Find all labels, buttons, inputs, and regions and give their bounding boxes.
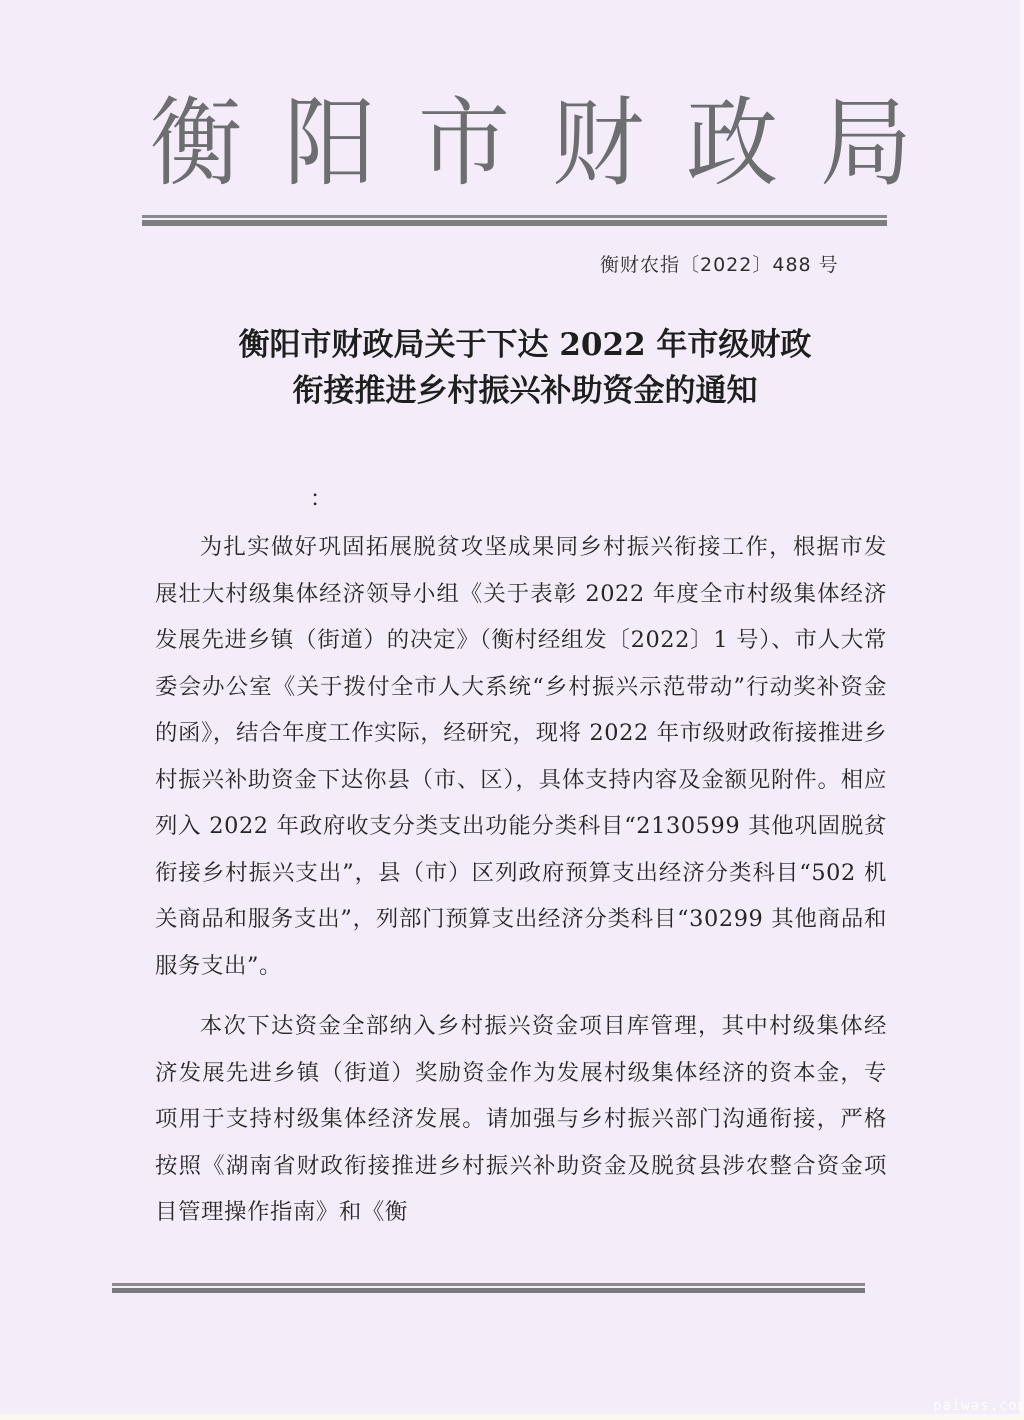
document-title: 衡阳市财政局关于下达 2022 年市级财政 衔接推进乡村振兴补助资金的通知 [150, 322, 900, 414]
masthead-divider [142, 215, 887, 218]
body-paragraph: 本次下达资金全部纳入乡村振兴资金项目库管理，其中村级集体经济发展先进乡镇（街道）… [155, 1003, 887, 1236]
body-paragraph: 为扎实做好巩固拓展脱贫攻坚成果同乡村振兴衔接工作，根据市发展壮大村级集体经济领导… [155, 524, 887, 989]
page-bottom-edge [0, 1414, 1024, 1420]
title-line-1: 衡阳市财政局关于下达 2022 年市级财政 [150, 322, 900, 368]
document-number: 衡财农指〔2022〕488 号 [600, 250, 839, 277]
page-right-edge [1020, 0, 1024, 1420]
footer-divider-thin [112, 1283, 865, 1286]
title-line-2: 衔接推进乡村振兴补助资金的通知 [150, 368, 900, 414]
watermark: paiwas.com [933, 1398, 1024, 1414]
footer-divider-thick [112, 1288, 865, 1293]
document-body: 为扎实做好巩固拓展脱贫攻坚成果同乡村振兴衔接工作，根据市发展壮大村级集体经济领导… [155, 524, 887, 1236]
salutation: ： [310, 482, 332, 513]
masthead-title: 衡阳市财政局 [150, 96, 890, 193]
